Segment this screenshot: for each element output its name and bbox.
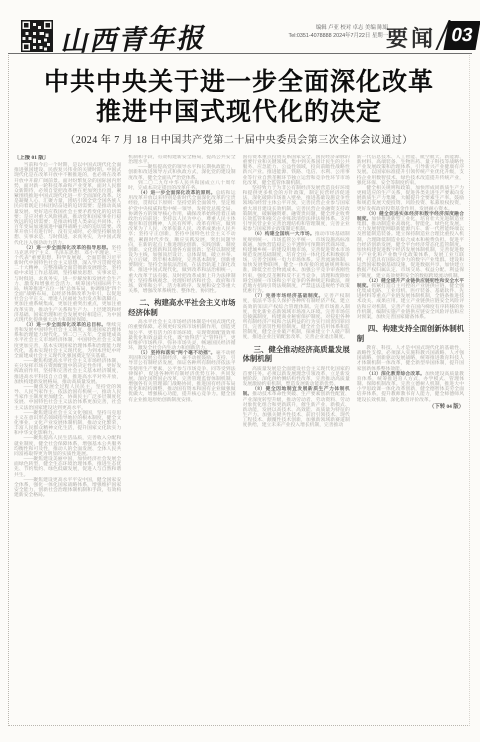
paragraph-lead: （7）完善市场经济基础制度。 <box>252 294 324 299</box>
body-paragraph: 健全相关规则和政策，加快形成同新质生产力更相适应的生产关系，促进各类先进生产要素… <box>357 186 464 212</box>
column-1: 〔上接 01 版〕当前和今后一个时期，是以中国式现代化全面推进强国建设、民族复兴… <box>14 155 121 727</box>
body-paragraph: ——聚焦发展全过程人民民主，坚持党的领导、人民当家作主、依法治国有机统一，推动人… <box>14 385 121 411</box>
body-paragraph: 教育、科技、人才是中国式现代化的基础性、战略性支撑。必须深入实施科教兴国战略、人… <box>357 346 464 372</box>
masthead-bar: 山西青年报 编辑 卢亚 校对 卓志 美编 陈娟 Tel:0351-4078888… <box>0 0 480 53</box>
newspaper-page: 山西青年报 编辑 卢亚 校对 卓志 美编 陈娟 Tel:0351-4078888… <box>0 0 480 742</box>
body-paragraph: （12）健全提升产业链供应链韧性和安全水平制度。抓紧打造自主可控的产业链供应链，… <box>357 279 464 320</box>
paragraph-lead: （5）坚持和落实“两个毫不动摇”。 <box>138 351 216 356</box>
body-paragraph: 机制和手段，有效构建新安全格局，提高公共安全治理水平。 <box>128 155 235 165</box>
article-title-line2: 推进中国式现代化的决定 <box>96 97 382 126</box>
paragraph-lead: （8）健全因地制宜发展新质生产力体制机制。 <box>243 387 350 397</box>
section-heading: 二、构建高水平社会主义市场经济体制 <box>128 298 235 317</box>
section-heading: 三、健全推动经济高质量发展体制机制 <box>243 345 350 364</box>
column-2: 机制和手段，有效构建新安全格局，提高公共安全治理水平。——聚焦提高党的领导水平和… <box>128 155 235 727</box>
body-paragraph: （8）健全因地制宜发展新质生产力体制机制。推动技术革命性突破、生产要素创新性配置… <box>243 387 350 428</box>
header-rule <box>8 53 472 54</box>
body-paragraph: 高水平社会主义市场经济体制是中国式现代化的重要保障。必须更好发挥市场机制作用，创… <box>128 320 235 351</box>
qr-code-icon <box>21 20 53 52</box>
article-columns: 〔上接 01 版〕当前和今后一个时期，是以中国式现代化全面推进强国建设、民族复兴… <box>12 155 466 727</box>
section-heading: 四、构建支持全面创新体制机制 <box>357 324 464 343</box>
continued-from-marker: 〔上接 01 版〕 <box>14 156 121 161</box>
column-4: 新一代信息技术、人工智能、航空航天、新能源、新材料、高端装备、生物医药、量子科技… <box>357 155 464 727</box>
paragraph-lead: （9）健全促进实体经济和数字经济深度融合制度。 <box>357 212 464 222</box>
column-3: 国有资本重点投资关系国家安全、国民经济命脉的重要行业和关键领域，集中到关系国计民… <box>243 155 350 727</box>
body-paragraph: （13）深化教育综合改革。加快建设高质量教育体系，统筹推进育人方式、办学模式、管… <box>357 372 464 403</box>
page-number-badge: 03 <box>443 21 480 50</box>
body-paragraph: （2）进一步全面深化改革的指导思想。坚持马克思列宁主义、毛泽东思想、邓小平理论、… <box>14 246 121 323</box>
article-title: 中共中央关于进一步全面深化改革 推进中国式现代化的决定 <box>12 67 466 127</box>
body-paragraph: （3）进一步全面深化改革的总目标。继续完善和发展中国特色社会主义制度，推进国家治… <box>14 323 121 359</box>
credits-line1: 编辑 卢亚 校对 卓志 美编 陈娟 <box>289 25 389 33</box>
section-label: 要闻 <box>386 22 436 53</box>
credits-line2: Tel:0351-4078888 2024年7月22日 星期一 <box>289 33 389 41</box>
body-paragraph: ——聚焦构建高水平社会主义市场经济体制，充分发挥市场在资源配置中的决定性作用，更… <box>14 359 121 385</box>
body-paragraph: 坚持致力于为非公有制经济发展营造良好环境和提供更多机会的方针政策，制定民营经济促… <box>243 186 350 232</box>
paragraph-lead: （12）健全提升产业链供应链韧性和安全水平制度。 <box>357 279 464 289</box>
body-paragraph: 到二〇二九年中华人民共和国成立八十周年时，完成本决定提出的改革任务。 <box>128 181 235 191</box>
edition-credits: 编辑 卢亚 校对 卓志 美编 陈娟 Tel:0351-4078888 2024年… <box>289 25 389 40</box>
body-paragraph: 国有资本重点投资关系国家安全、国民经济命脉的重要行业和关键领域，集中到关系国计民… <box>243 155 350 186</box>
body-paragraph: （9）健全促进实体经济和数字经济深度融合制度。加快推进新型工业化，培育壮大先进制… <box>357 212 464 279</box>
body-paragraph: ——聚焦提高党的领导水平和长期执政能力，创新和改进领导方式和执政方式，深化党的建… <box>128 165 235 180</box>
article-frame: 中共中央关于进一步全面深化改革 推进中国式现代化的决定 （2024 年 7 月 … <box>8 55 470 726</box>
article-subtitle: （2024 年 7 月 18 日中国共产党第二十届中央委员会第三次全体会议通过） <box>12 131 466 146</box>
paragraph-lead: （13）深化教育综合改革。 <box>366 372 425 377</box>
body-paragraph: ——聚焦建设美丽中国，加快经济社会发展全面绿色转型，健全生态环境治理体系，推进生… <box>14 457 121 478</box>
article-title-line1: 中共中央关于进一步全面深化改革 <box>44 67 434 96</box>
body-paragraph: （4）进一步全面深化改革的原则。总结和运用改革开放以来特别是新时代全面深化改革的… <box>128 191 235 294</box>
paragraph-lead: （4）进一步全面深化改革的原则。 <box>138 191 216 196</box>
body-paragraph: 新一代信息技术、人工智能、航空航天、新能源、新材料、高端装备、生物医药、量子科技… <box>357 155 464 186</box>
continued-to-marker: （下转 04 版） <box>357 405 464 410</box>
body-paragraph: （6）构建全国统一大市场。推动市场基础制度规则统一、市场监管公平统一、市场设施高… <box>243 232 350 294</box>
body-paragraph: 当前和今后一个时期，是以中国式现代化全面推进强国建设、民族复兴伟业的关键时期。中… <box>14 163 121 246</box>
body-paragraph: ——聚焦建设更高水平平安中国，健全国家安全体系，强化一体化国家战略体系，增强维护… <box>14 478 121 499</box>
paragraph-lead: （2）进一步全面深化改革的指导思想。 <box>24 246 112 251</box>
body-paragraph: ——聚焦建设社会主义文化强国，坚持马克思主义在意识形态领域指导地位的根本制度，健… <box>14 411 121 437</box>
paragraph-lead: （3）进一步全面深化改革的总目标。 <box>24 323 107 328</box>
body-paragraph: 高质量发展是全面建设社会主义现代化国家的首要任务。必须以新发展理念引领改革，立足… <box>243 367 350 388</box>
body-paragraph: （7）完善市场经济基础制度。完善产权制度，依法平等长久保护各种所有制经济产权，建… <box>243 294 350 340</box>
paragraph-lead: （6）构建全国统一大市场。 <box>252 232 315 237</box>
body-paragraph: ——聚焦提高人民生活品质，完善收入分配和就业制度，健全社会保障体系，增强基本公共… <box>14 436 121 457</box>
body-paragraph: （5）坚持和落实“两个毫不动摇”。毫不动摇巩固和发展公有制经济，毫不动摇鼓励、支… <box>128 351 235 403</box>
